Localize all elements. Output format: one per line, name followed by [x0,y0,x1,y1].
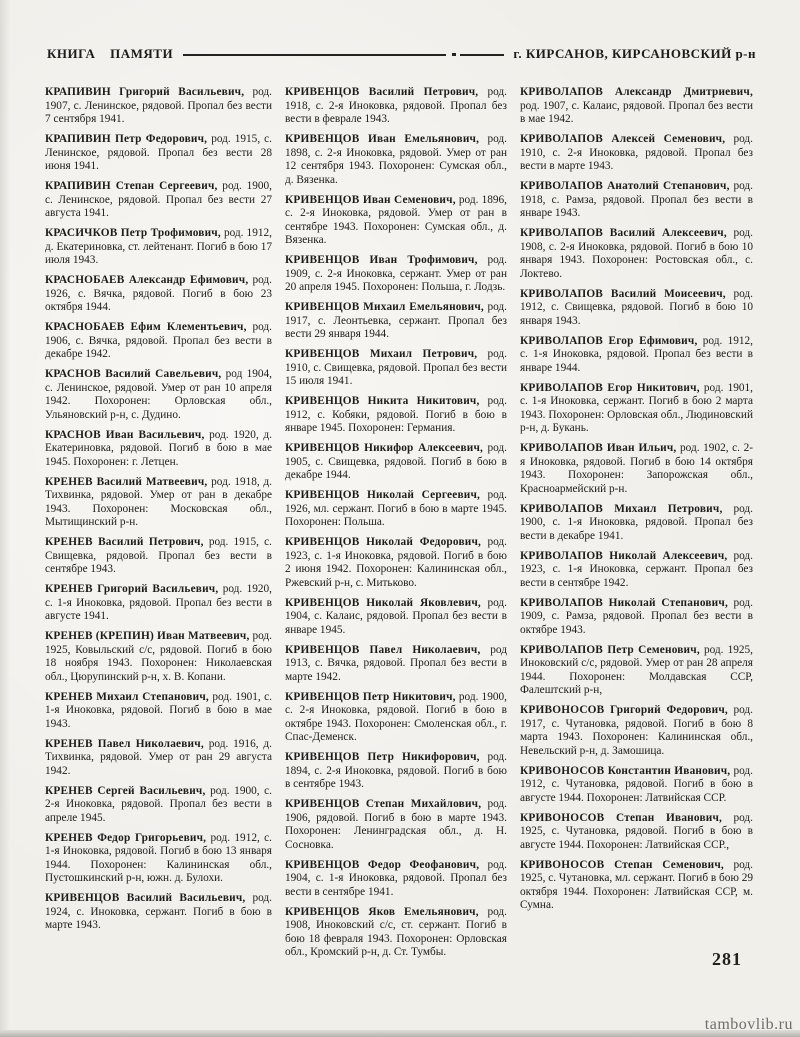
memorial-entry: КРАПИВИН Степан Сергеевич, род. 1900, с.… [45,180,272,221]
memorial-entry: КРИВОЛАПОВ Иван Ильич, род. 1902, с. 2-я… [520,442,753,496]
memorial-entry: КРИВЕНЦОВ Петр Никитович, род. 1900, с. … [285,691,507,745]
entry-person-name: КРИВЕНЦОВ Павел Николаевич, [285,644,481,656]
memorial-entry: КРИВЕНЦОВ Степан Михайлович, род. 1906, … [285,798,507,852]
entry-person-name: КРИВЕНЦОВ Яков Емельянович, [285,906,479,918]
column-3: КРИВОЛАПОВ Александр Дмитриевич, род. 19… [520,86,753,966]
memorial-entry: КРИВОЛАПОВ Алексей Семенович, род. 1910,… [520,133,753,174]
entry-person-name: КРЕНЕВ Григорий Васильевич, [45,583,218,595]
entry-person-name: КРИВОЛАПОВ Михаил Петрович, [520,503,722,515]
memorial-entry: КРИВЕНЦОВ Иван Семенович, род. 1896, с. … [285,194,507,248]
entry-person-name: КРИВОЛАПОВ Василий Алексеевич, [520,227,727,239]
memorial-entry: КРИВОЛАПОВ Егор Никитович, род. 1901, с.… [520,382,753,436]
header-rule [183,54,446,56]
memorial-entry: КРИВЕНЦОВ Михаил Емельянович, род. 1917,… [285,301,507,342]
entry-person-name: КРИВЕНЦОВ Иван Трофимович, [285,254,478,266]
entry-person-name: КРИВОЛАПОВ Николай Степанович, [520,597,728,609]
entry-person-name: КРИВОЛАПОВ Петр Семенович, [520,644,700,656]
entry-person-name: КРАСНОВ Василий Савельевич, [45,368,221,380]
entry-person-name: КРАСНОБАЕВ Ефим Клементьевич, [45,321,247,333]
memorial-entry: КРАПИВИН Петр Федорович, род. 1915, с. Л… [45,133,272,174]
memorial-entry: КРИВЕНЦОВ Василий Петрович, род. 1918, с… [285,86,507,127]
memorial-entry: КРЕНЕВ Павел Николаевич, род. 1916, д. Т… [45,738,272,779]
entry-person-name: КРАПИВИН Григорий Васильевич, [45,86,244,98]
memorial-entry: КРАСИЧКОВ Петр Трофимович, род. 1912, д.… [45,227,272,268]
memorial-entry: КРИВЕНЦОВ Яков Емельянович, род. 1908, И… [285,906,507,960]
memorial-entry: КРИВЕНЦОВ Никифор Алексеевич, род. 1905,… [285,442,507,483]
entry-person-name: КРИВОЛАПОВ Николай Алексеевич, [520,550,727,562]
book-page: КНИГА ПАМЯТИ г. КИРСАНОВ, КИРСАНОВСКИЙ р… [0,0,800,1037]
memorial-entry: КРЕНЕВ Григорий Васильевич, род. 1920, с… [45,583,272,624]
memorial-entry: КРЕНЕВ (КРЕПИН) Иван Матвеевич, род. 192… [45,630,272,684]
entry-person-name: КРАСНОБАЕВ Александр Ефимович, [45,274,248,286]
entry-person-name: КРЕНЕВ Сергей Васильевич, [45,785,206,797]
entry-person-name: КРЕНЕВ Федор Григорьевич, [45,832,206,844]
memorial-entry: КРИВЕНЦОВ Николай Федорович, род. 1923, … [285,536,507,590]
memorial-entry: КРИВОЛАПОВ Василий Моисеевич, род. 1912,… [520,288,753,329]
entry-person-name: КРИВОЛАПОВ Егор Ефимович, [520,335,697,347]
memorial-entry: КРИВОЛАПОВ Николай Алексеевич, род. 1923… [520,550,753,591]
entry-person-name: КРИВЕНЦОВ Михаил Петрович, [285,348,477,360]
entry-person-name: КРИВЕНЦОВ Петр Никифорович, [285,751,480,763]
entry-person-name: КРИВЕНЦОВ Иван Емельянович, [285,133,479,145]
memorial-entry: КРИВОЛАПОВ Егор Ефимович, род. 1912, с. … [520,335,753,376]
entry-person-name: КРИВОНОСОВ Григорий Федорович, [520,704,728,716]
entry-person-name: КРИВЕНЦОВ Николай Федорович, [285,536,481,548]
entry-person-name: КРЕНЕВ Василий Матвеевич, [45,476,207,488]
entry-person-name: КРИВОЛАПОВ Алексей Семенович, [520,133,725,145]
memorial-entry: КРЕНЕВ Василий Матвеевич, род. 1918, д. … [45,476,272,530]
entry-person-name: КРЕНЕВ Михаил Степанович, [45,691,209,703]
memorial-entry: КРАСНОБАЕВ Александр Ефимович, род. 1926… [45,274,272,315]
entry-person-name: КРИВЕНЦОВ Петр Никитович, [285,691,456,703]
header-rule-short [460,54,504,56]
column-2: КРИВЕНЦОВ Василий Петрович, род. 1918, с… [285,86,507,966]
entry-person-name: КРЕНЕВ (КРЕПИН) Иван Матвеевич, [45,630,250,642]
entry-person-name: КРИВОЛАПОВ Анатолий Степанович, [520,180,730,192]
entry-person-name: КРЕНЕВ Василий Петрович, [45,536,204,548]
scan-edge-left [0,0,10,1037]
entry-person-name: КРИВЕНЦОВ Иван Семенович, [285,194,456,206]
entry-person-name: КРАСИЧКОВ Петр Трофимович, [45,227,221,239]
memorial-entry: КРАСНОВ Иван Васильевич, род. 1920, д. Е… [45,429,272,470]
memorial-entry: КРИВОНОСОВ Степан Иванович, род. 1925, с… [520,812,753,853]
header-rule-dot [452,53,456,56]
memorial-entry: КРАСНОБАЕВ Ефим Клементьевич, род. 1906,… [45,321,272,362]
entry-person-name: КРИВЕНЦОВ Никита Никитович, [285,395,480,407]
entry-person-name: КРИВЕНЦОВ Василий Петрович, [285,86,478,98]
entry-person-name: КРАПИВИН Степан Сергеевич, [45,180,218,192]
memorial-entry: КРАПИВИН Григорий Васильевич, род. 1907,… [45,86,272,127]
memorial-entry: КРИВОЛАПОВ Михаил Петрович, род. 1900, с… [520,503,753,544]
memorial-entry: КРИВЕНЦОВ Иван Емельянович, род. 1898, с… [285,133,507,187]
entry-person-name: КРИВОНОСОВ Степан Семенович, [520,859,724,871]
entry-person-name: КРИВОНОСОВ Степан Иванович, [520,812,722,824]
memorial-entry: КРЕНЕВ Сергей Васильевич, род. 1900, с. … [45,785,272,826]
entry-person-name: КРЕНЕВ Павел Николаевич, [45,738,204,750]
entry-person-name: КРИВОЛАПОВ Егор Никитович, [520,382,700,394]
entry-person-name: КРИВЕНЦОВ Николай Яковлевич, [285,597,481,609]
entry-person-name: КРИВОЛАПОВ Василий Моисеевич, [520,288,726,300]
memorial-entry: КРИВЕНЦОВ Николай Сергеевич, род. 1926, … [285,489,507,530]
entry-person-name: КРИВЕНЦОВ Никифор Алексеевич, [285,442,483,454]
memorial-entry: КРЕНЕВ Федор Григорьевич, род. 1912, с. … [45,832,272,886]
memorial-entry: КРЕНЕВ Василий Петрович, род. 1915, с. С… [45,536,272,577]
district-title: г. КИРСАНОВ, КИРСАНОВСКИЙ р-н [513,46,756,62]
memorial-entry: КРИВЕНЦОВ Федор Феофанович, род. 1904, с… [285,859,507,900]
entry-columns: КРАПИВИН Григорий Васильевич, род. 1907,… [45,86,755,966]
entry-person-name: КРИВЕНЦОВ Василий Васильевич, [45,892,245,904]
entry-person-name: КРИВЕНЦОВ Степан Михайлович, [285,798,481,810]
entry-person-name: КРАСНОВ Иван Васильевич, [45,429,205,441]
entry-person-name: КРИВЕНЦОВ Михаил Емельянович, [285,301,484,313]
entry-person-name: КРАПИВИН Петр Федорович, [45,133,207,145]
book-title: КНИГА ПАМЯТИ [47,46,173,62]
memorial-entry: КРИВЕНЦОВ Михаил Петрович, род. 1910, с.… [285,348,507,389]
entry-person-name: КРИВОНОСОВ Константин Иванович, [520,765,730,777]
column-1: КРАПИВИН Григорий Васильевич, род. 1907,… [45,86,272,966]
entry-person-name: КРИВОЛАПОВ Иван Ильич, [520,442,676,454]
entry-person-name: КРИВЕНЦОВ Федор Феофанович, [285,859,479,871]
memorial-entry: КРИВЕНЦОВ Павел Николаевич, род 1913, с.… [285,644,507,685]
memorial-entry: КРИВОЛАПОВ Василий Алексеевич, род. 1908… [520,227,753,281]
memorial-entry: КРИВОЛАПОВ Анатолий Степанович, род. 191… [520,180,753,221]
memorial-entry: КРИВОЛАПОВ Николай Степанович, род. 1909… [520,597,753,638]
memorial-entry: КРЕНЕВ Михаил Степанович, род. 1901, с. … [45,691,272,732]
memorial-entry: КРИВОЛАПОВ Александр Дмитриевич, род. 19… [520,86,753,127]
memorial-entry: КРИВОНОСОВ Константин Иванович, род. 191… [520,765,753,806]
memorial-entry: КРИВОЛАПОВ Петр Семенович, род. 1925, Ин… [520,644,753,698]
memorial-entry: КРИВЕНЦОВ Иван Трофимович, род. 1909, с.… [285,254,507,295]
entry-person-name: КРИВЕНЦОВ Николай Сергеевич, [285,489,480,501]
memorial-entry: КРИВОНОСОВ Степан Семенович, род. 1925, … [520,859,753,913]
memorial-entry: КРИВЕНЦОВ Петр Никифорович, род. 1894, с… [285,751,507,792]
entry-person-name: КРИВОЛАПОВ Александр Дмитриевич, [520,86,753,98]
scan-edge-bottom [0,1030,800,1037]
page-header: КНИГА ПАМЯТИ г. КИРСАНОВ, КИРСАНОВСКИЙ р… [47,46,756,62]
memorial-entry: КРИВЕНЦОВ Никита Никитович, род. 1912, с… [285,395,507,436]
memorial-entry: КРАСНОВ Василий Савельевич, род 1904, с.… [45,368,272,422]
memorial-entry: КРИВЕНЦОВ Василий Васильевич, род. 1924,… [45,892,272,933]
memorial-entry: КРИВЕНЦОВ Николай Яковлевич, род. 1904, … [285,597,507,638]
memorial-entry: КРИВОНОСОВ Григорий Федорович, род. 1917… [520,704,753,758]
library-watermark: tambovlib.ru [705,1016,793,1034]
page-number: 281 [712,949,742,970]
